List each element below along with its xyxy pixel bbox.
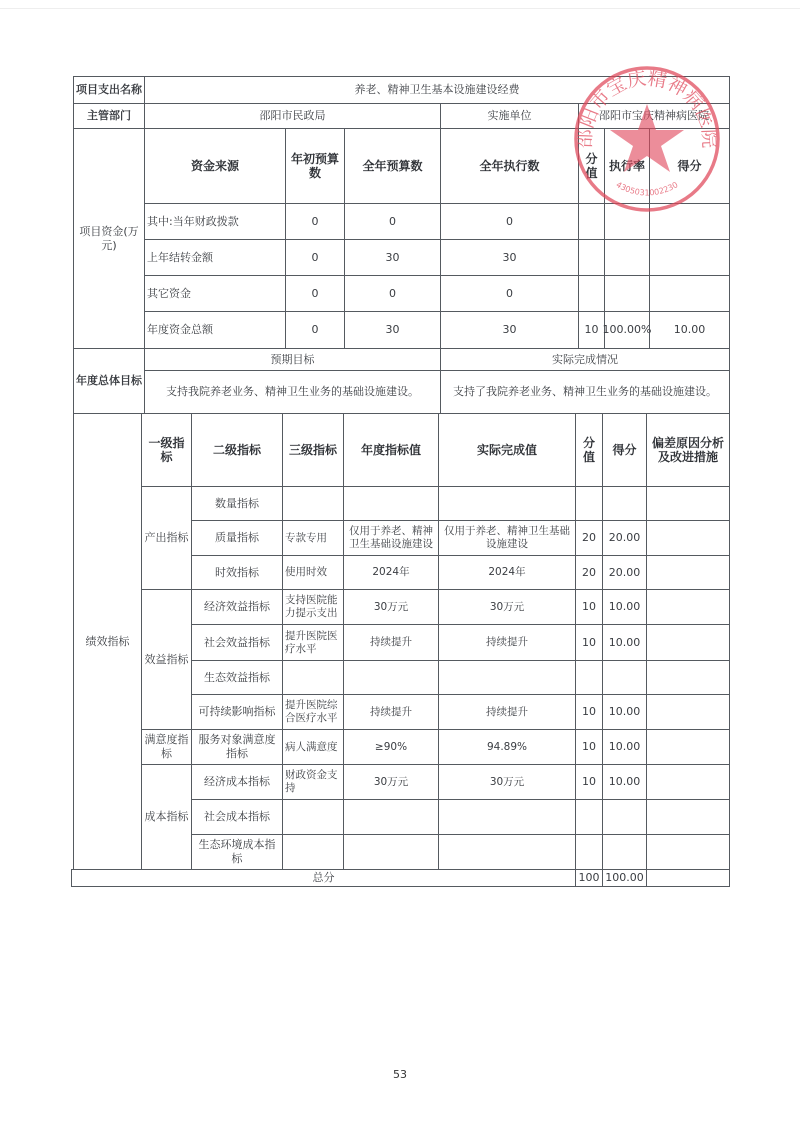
perf-cell-weight: 10 bbox=[575, 729, 603, 765]
perf-cell-target: 仅用于养老、精神卫生基础设施建设 bbox=[343, 520, 439, 556]
perf-cell-level3: 财政资金支持 bbox=[282, 764, 344, 800]
perf-cell-actual: 持续提升 bbox=[438, 624, 576, 661]
perf-cell-actual: 仅用于养老、精神卫生基础设施建设 bbox=[438, 520, 576, 556]
funds-cell-weight bbox=[578, 275, 605, 312]
perf-cell-score: 10.00 bbox=[602, 589, 647, 625]
level1-indicator: 成本指标 bbox=[141, 764, 192, 870]
impl-unit-label: 实施单位 bbox=[440, 103, 579, 129]
perf-col-header: 分值 bbox=[575, 413, 603, 487]
funds-cell-annual: 0 bbox=[344, 203, 441, 240]
funds-col-header: 得分 bbox=[649, 128, 730, 204]
funds-cell-source: 年度资金总额 bbox=[144, 311, 286, 349]
perf-cell-weight bbox=[575, 486, 603, 521]
perf-cell-note bbox=[646, 799, 730, 835]
funds-cell-initial: 0 bbox=[285, 239, 345, 276]
perf-cell-score bbox=[602, 660, 647, 695]
funds-cell-weight: 10 bbox=[578, 311, 605, 349]
perf-cell-target: 持续提升 bbox=[343, 624, 439, 661]
funds-cell-score: 10.00 bbox=[649, 311, 730, 349]
perf-cell-actual bbox=[438, 660, 576, 695]
funds-cell-source: 其中:当年财政拨款 bbox=[144, 203, 286, 240]
funds-cell-score bbox=[649, 275, 730, 312]
actual-goal-label: 实际完成情况 bbox=[440, 348, 730, 371]
perf-cell-level2: 经济效益指标 bbox=[191, 589, 283, 625]
perf-col-header: 二级指标 bbox=[191, 413, 283, 487]
perf-cell-target bbox=[343, 660, 439, 695]
perf-cell-weight: 10 bbox=[575, 624, 603, 661]
perf-cell-note bbox=[646, 555, 730, 590]
perf-cell-weight: 20 bbox=[575, 555, 603, 590]
page-number: 53 bbox=[0, 1068, 800, 1081]
perf-cell-target: 持续提升 bbox=[343, 694, 439, 730]
perf-cell-actual: 2024年 bbox=[438, 555, 576, 590]
perf-cell-level3: 使用时效 bbox=[282, 555, 344, 590]
funds-cell-executed: 30 bbox=[440, 311, 579, 349]
perf-cell-level2: 经济成本指标 bbox=[191, 764, 283, 800]
perf-cell-score: 20.00 bbox=[602, 555, 647, 590]
perf-cell-target bbox=[343, 486, 439, 521]
actual-goal-text: 支持了我院养老业务、精神卫生业务的基础设施建设。 bbox=[440, 370, 730, 414]
funds-cell-rate bbox=[604, 203, 650, 240]
funds-cell-annual: 30 bbox=[344, 239, 441, 276]
funds-cell-annual: 30 bbox=[344, 311, 441, 349]
funds-col-header: 执行率 bbox=[604, 128, 650, 204]
dept-label: 主管部门 bbox=[73, 103, 145, 129]
perf-cell-target: 30万元 bbox=[343, 589, 439, 625]
perf-cell-level3 bbox=[282, 660, 344, 695]
perf-cell-note bbox=[646, 764, 730, 800]
perf-cell-level2: 社会成本指标 bbox=[191, 799, 283, 835]
perf-cell-actual: 30万元 bbox=[438, 589, 576, 625]
perf-cell-target: 30万元 bbox=[343, 764, 439, 800]
perf-cell-actual: 持续提升 bbox=[438, 694, 576, 730]
funds-cell-initial: 0 bbox=[285, 311, 345, 349]
perf-cell-note bbox=[646, 660, 730, 695]
perf-cell-score: 20.00 bbox=[602, 520, 647, 556]
funds-section-label: 项目资金(万元) bbox=[73, 128, 145, 349]
perf-cell-score: 10.00 bbox=[602, 624, 647, 661]
perf-col-header: 三级指标 bbox=[282, 413, 344, 487]
perf-cell-score: 10.00 bbox=[602, 764, 647, 800]
perf-cell-weight: 10 bbox=[575, 764, 603, 800]
perf-cell-level3: 提升医院医疗水平 bbox=[282, 624, 344, 661]
funds-col-header: 年初预算数 bbox=[285, 128, 345, 204]
perf-cell-note bbox=[646, 834, 730, 870]
funds-cell-weight bbox=[578, 239, 605, 276]
perf-cell-level3: 专款专用 bbox=[282, 520, 344, 556]
funds-cell-score bbox=[649, 239, 730, 276]
performance-section-label: 绩效指标 bbox=[73, 413, 142, 870]
perf-cell-level2: 数量指标 bbox=[191, 486, 283, 521]
perf-cell-score bbox=[602, 834, 647, 870]
perf-cell-note bbox=[646, 729, 730, 765]
perf-cell-actual bbox=[438, 799, 576, 835]
perf-cell-note bbox=[646, 520, 730, 556]
perf-cell-level2: 生态效益指标 bbox=[191, 660, 283, 695]
perf-cell-score: 10.00 bbox=[602, 694, 647, 730]
level1-indicator: 产出指标 bbox=[141, 486, 192, 590]
perf-cell-level2: 可持续影响指标 bbox=[191, 694, 283, 730]
perf-cell-level3: 病人满意度 bbox=[282, 729, 344, 765]
project-name-value: 养老、精神卫生基本设施建设经费 bbox=[144, 76, 730, 104]
perf-cell-weight bbox=[575, 834, 603, 870]
funds-col-header: 分值 bbox=[578, 128, 605, 204]
perf-col-header: 实际完成值 bbox=[438, 413, 576, 487]
funds-col-header: 全年预算数 bbox=[344, 128, 441, 204]
perf-cell-level2: 生态环境成本指标 bbox=[191, 834, 283, 870]
perf-col-header: 得分 bbox=[602, 413, 647, 487]
perf-cell-actual: 94.89% bbox=[438, 729, 576, 765]
perf-cell-note bbox=[646, 694, 730, 730]
perf-cell-weight bbox=[575, 799, 603, 835]
funds-cell-executed: 0 bbox=[440, 203, 579, 240]
perf-cell-weight: 10 bbox=[575, 694, 603, 730]
expected-goal-text: 支持我院养老业务、精神卫生业务的基础设施建设。 bbox=[144, 370, 441, 414]
perf-col-header: 一级指标 bbox=[141, 413, 192, 487]
level1-indicator: 满意度指标 bbox=[141, 729, 192, 765]
expected-goal-label: 预期目标 bbox=[144, 348, 441, 371]
perf-cell-level3 bbox=[282, 834, 344, 870]
perf-cell-score: 10.00 bbox=[602, 729, 647, 765]
perf-cell-target bbox=[343, 799, 439, 835]
perf-cell-level2: 服务对象满意度指标 bbox=[191, 729, 283, 765]
perf-cell-target: 2024年 bbox=[343, 555, 439, 590]
funds-col-header: 资金来源 bbox=[144, 128, 286, 204]
dept-value: 邵阳市民政局 bbox=[144, 103, 441, 129]
perf-cell-weight: 20 bbox=[575, 520, 603, 556]
perf-cell-level2: 质量指标 bbox=[191, 520, 283, 556]
page-top-rule bbox=[0, 8, 800, 9]
perf-cell-score bbox=[602, 486, 647, 521]
perf-cell-score bbox=[602, 799, 647, 835]
funds-cell-executed: 30 bbox=[440, 239, 579, 276]
perf-cell-level2: 社会效益指标 bbox=[191, 624, 283, 661]
funds-cell-source: 其它资金 bbox=[144, 275, 286, 312]
perf-cell-target bbox=[343, 834, 439, 870]
funds-col-header: 全年执行数 bbox=[440, 128, 579, 204]
impl-unit-value: 邵阳市宝庆精神病医院 bbox=[578, 103, 730, 129]
funds-cell-score bbox=[649, 203, 730, 240]
goals-section-label: 年度总体目标 bbox=[73, 348, 145, 414]
perf-cell-weight bbox=[575, 660, 603, 695]
project-name-label: 项目支出名称 bbox=[73, 76, 145, 104]
funds-cell-source: 上年结转金额 bbox=[144, 239, 286, 276]
perf-cell-level3 bbox=[282, 486, 344, 521]
funds-cell-annual: 0 bbox=[344, 275, 441, 312]
total-score: 100.00 bbox=[602, 869, 647, 887]
perf-cell-actual bbox=[438, 486, 576, 521]
level1-indicator: 效益指标 bbox=[141, 589, 192, 730]
perf-cell-actual: 30万元 bbox=[438, 764, 576, 800]
perf-col-header: 年度指标值 bbox=[343, 413, 439, 487]
document-page: 项目支出名称养老、精神卫生基本设施建设经费主管部门邵阳市民政局实施单位邵阳市宝庆… bbox=[0, 0, 800, 1131]
perf-cell-note bbox=[646, 486, 730, 521]
total-weight: 100 bbox=[575, 869, 603, 887]
perf-cell-weight: 10 bbox=[575, 589, 603, 625]
funds-cell-rate bbox=[604, 239, 650, 276]
total-score-label: 总分 bbox=[71, 869, 576, 887]
perf-cell-note bbox=[646, 589, 730, 625]
perf-cell-level3: 提升医院综合医疗水平 bbox=[282, 694, 344, 730]
perf-col-header: 偏差原因分析及改进措施 bbox=[646, 413, 730, 487]
funds-cell-initial: 0 bbox=[285, 275, 345, 312]
funds-cell-weight bbox=[578, 203, 605, 240]
funds-cell-rate bbox=[604, 275, 650, 312]
funds-cell-executed: 0 bbox=[440, 275, 579, 312]
funds-cell-initial: 0 bbox=[285, 203, 345, 240]
perf-cell-actual bbox=[438, 834, 576, 870]
perf-cell-note bbox=[646, 624, 730, 661]
funds-cell-rate: 100.00% bbox=[604, 311, 650, 349]
perf-cell-level2: 时效指标 bbox=[191, 555, 283, 590]
perf-cell-level3: 支持医院能力提示支出 bbox=[282, 589, 344, 625]
perf-cell-level3 bbox=[282, 799, 344, 835]
total-note bbox=[646, 869, 730, 887]
perf-cell-target: ≥90% bbox=[343, 729, 439, 765]
